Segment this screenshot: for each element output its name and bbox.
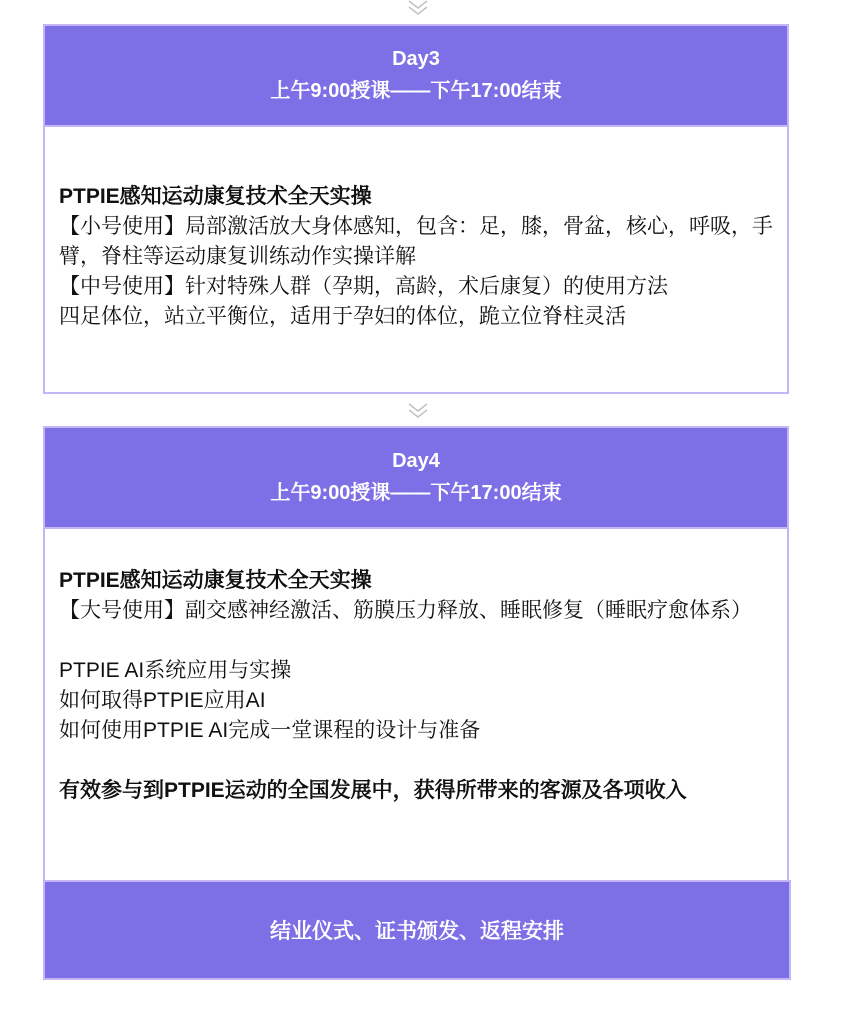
- graduation-banner: 结业仪式、证书颁发、返程安排: [43, 880, 791, 980]
- day4-line-4: 如何取得PTPIE应用AI: [59, 686, 773, 716]
- day3-title: Day3: [45, 43, 787, 75]
- day4-time: 上午9:00授课——下午17:00结束: [45, 477, 787, 509]
- graduation-text: 结业仪式、证书颁发、返程安排: [270, 915, 564, 945]
- day4-line-7: 有效参与到PTPIE运动的全国发展中，获得所带来的客源及各项收入: [59, 776, 773, 806]
- day3-card: Day3 上午9:00授课——下午17:00结束 PTPIE感知运动康复技术全天…: [43, 24, 789, 394]
- double-chevron-down-icon: [407, 403, 429, 419]
- day4-line-0: PTPIE感知运动康复技术全天实操: [59, 566, 773, 596]
- day3-line-1: 【小号使用】局部激活放大身体感知，包含：足，膝，骨盆，核心，呼吸，手臂，脊柱等运…: [59, 212, 773, 272]
- day4-line-5: 如何使用PTPIE AI完成一堂课程的设计与准备: [59, 716, 773, 746]
- day3-header: Day3 上午9:00授课——下午17:00结束: [45, 26, 787, 127]
- spacer: [59, 626, 773, 656]
- spacer: [59, 746, 773, 776]
- day3-line-3: 四足体位，站立平衡位，适用于孕妇的体位，跪立位脊柱灵活: [59, 302, 773, 332]
- day4-title: Day4: [45, 445, 787, 477]
- day4-body: PTPIE感知运动康复技术全天实操 【大号使用】副交感神经激活、筋膜压力释放、睡…: [45, 529, 787, 806]
- day4-header: Day4 上午9:00授课——下午17:00结束: [45, 428, 787, 529]
- day4-line-3: PTPIE AI系统应用与实操: [59, 656, 773, 686]
- day4-card: Day4 上午9:00授课——下午17:00结束 PTPIE感知运动康复技术全天…: [43, 426, 789, 882]
- day3-time: 上午9:00授课——下午17:00结束: [45, 75, 787, 107]
- day4-line-1: 【大号使用】副交感神经激活、筋膜压力释放、睡眠修复（睡眠疗愈体系）: [59, 596, 773, 626]
- day3-body: PTPIE感知运动康复技术全天实操 【小号使用】局部激活放大身体感知，包含：足，…: [45, 127, 787, 332]
- double-chevron-down-icon: [407, 0, 429, 16]
- day3-line-0: PTPIE感知运动康复技术全天实操: [59, 182, 773, 212]
- day3-line-2: 【中号使用】针对特殊人群（孕期，高龄，术后康复）的使用方法: [59, 272, 773, 302]
